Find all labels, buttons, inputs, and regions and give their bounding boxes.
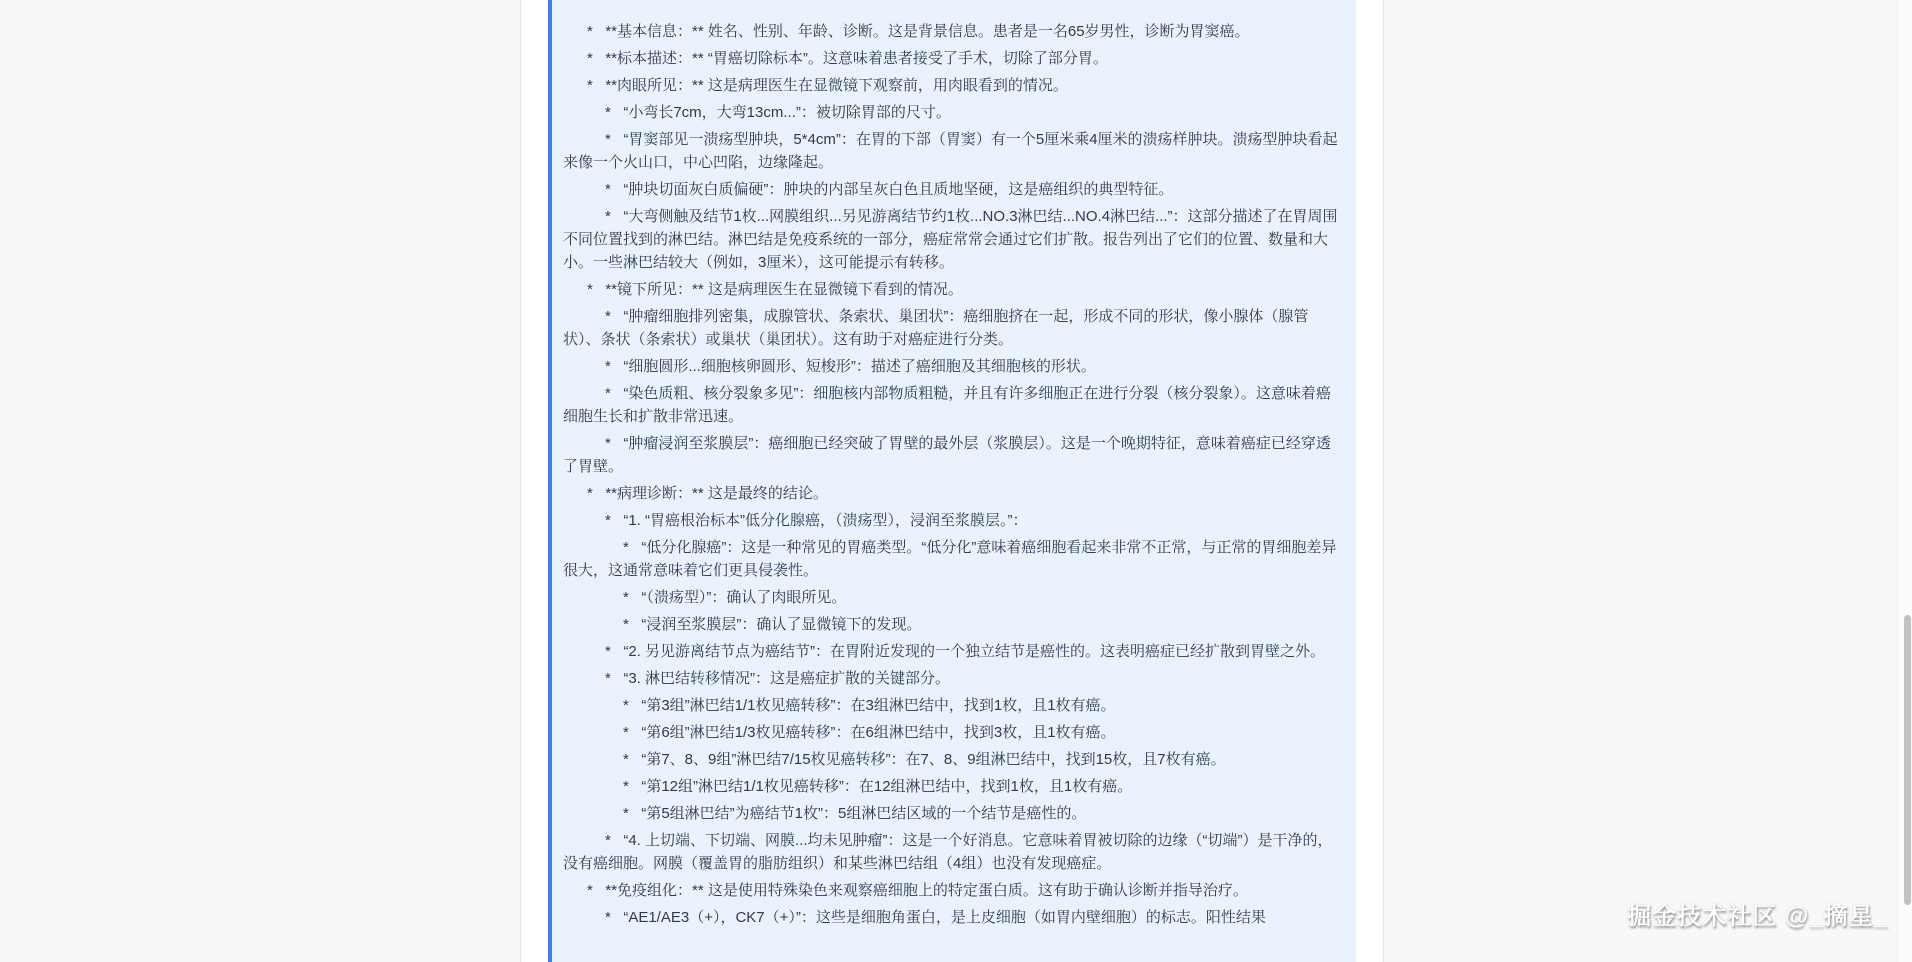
report-line: * “第3组”淋巴结1/1枚见癌转移”：在3组淋巴结中，找到1枚，且1枚有癌。 bbox=[563, 694, 1342, 717]
report-line: * “肿瘤浸润至浆膜层”：癌细胞已经突破了胃壁的最外层（浆膜层）。这是一个晚期特… bbox=[563, 432, 1342, 478]
watermark: 掘金技术社区 @_摘星_ bbox=[1627, 896, 1888, 931]
report-line: * “低分化腺癌”：这是一种常见的胃癌类型。“低分化”意味着癌细胞看起来非常不正… bbox=[563, 536, 1342, 582]
report-line: * **肉眼所见：** 这是病理医生在显微镜下观察前，用肉眼看到的情况。 bbox=[563, 74, 1342, 97]
report-explanation-list: * **基本信息：** 姓名、性别、年龄、诊断。这是背景信息。患者是一名65岁男… bbox=[563, 20, 1342, 929]
report-line: * “AE1/AE3（+），CK7（+）”：这些是细胞角蛋白，是上皮细胞（如胃内… bbox=[563, 906, 1342, 929]
report-line: * “第6组”淋巴结1/3枚见癌转移”：在6组淋巴结中，找到3枚，且1枚有癌。 bbox=[563, 721, 1342, 744]
report-line: * **镜下所见：** 这是病理医生在显微镜下看到的情况。 bbox=[563, 278, 1342, 301]
report-line: * “第7、8、9组”淋巴结7/15枚见癌转移”：在7、8、9组淋巴结中，找到1… bbox=[563, 748, 1342, 771]
article-content-column: * **基本信息：** 姓名、性别、年龄、诊断。这是背景信息。患者是一名65岁男… bbox=[521, 0, 1384, 962]
report-line: * “1. “胃癌根治标本”低分化腺癌，（溃疡型），浸润至浆膜层。”： bbox=[563, 509, 1342, 532]
right-margin-panel bbox=[1384, 0, 1898, 962]
report-line: * “肿瘤细胞排列密集，成腺管状、条索状、巢团状”：癌细胞挤在一起，形成不同的形… bbox=[563, 305, 1342, 351]
report-line: * **免疫组化：** 这是使用特殊染色来观察癌细胞上的特定蛋白质。这有助于确认… bbox=[563, 879, 1342, 902]
report-line: * “第12组”淋巴结1/1枚见癌转移”：在12组淋巴结中，找到1枚，且1枚有癌… bbox=[563, 775, 1342, 798]
report-line: * “染色质粗、核分裂象多见”：细胞核内部物质粗糙，并且有许多细胞正在进行分裂（… bbox=[563, 382, 1342, 428]
report-line: * “小弯长7cm，大弯13cm...”：被切除胃部的尺寸。 bbox=[563, 101, 1342, 124]
pathology-explanation-quote-block: * **基本信息：** 姓名、性别、年龄、诊断。这是背景信息。患者是一名65岁男… bbox=[548, 0, 1356, 962]
report-line: * “4. 上切端、下切端、网膜...均未见肿瘤”：这是一个好消息。它意味着胃被… bbox=[563, 829, 1342, 875]
report-line: * “胃窦部见一溃疡型肿块，5*4cm”：在胃的下部（胃窦）有一个5厘米乘4厘米… bbox=[563, 128, 1342, 174]
report-line: * “细胞圆形...细胞核卵圆形、短梭形”：描述了癌细胞及其细胞核的形状。 bbox=[563, 355, 1342, 378]
page-scrollbar-track[interactable] bbox=[1897, 0, 1912, 962]
report-line: * “肿块切面灰白质偏硬”：肿块的内部呈灰白色且质地坚硬，这是癌组织的典型特征。 bbox=[563, 178, 1342, 201]
report-line: * “3. 淋巴结转移情况”：这是癌症扩散的关键部分。 bbox=[563, 667, 1342, 690]
report-line: * “（溃疡型）”：确认了肉眼所见。 bbox=[563, 586, 1342, 609]
report-line: * “大弯侧触及结节1枚...网膜组织...另见游离结节约1枚...NO.3淋巴… bbox=[563, 205, 1342, 274]
report-line: * “2. 另见游离结节点为癌结节”：在胃附近发现的一个独立结节是癌性的。这表明… bbox=[563, 640, 1342, 663]
report-line: * **病理诊断：** 这是最终的结论。 bbox=[563, 482, 1342, 505]
report-line: * **标本描述：** “胃癌切除标本”。这意味着患者接受了手术，切除了部分胃。 bbox=[563, 47, 1342, 70]
report-line: * **基本信息：** 姓名、性别、年龄、诊断。这是背景信息。患者是一名65岁男… bbox=[563, 20, 1342, 43]
page-scrollbar-thumb[interactable] bbox=[1904, 615, 1911, 905]
report-line: * “第5组淋巴结”为癌结节1枚”：5组淋巴结区域的一个结节是癌性的。 bbox=[563, 802, 1342, 825]
article-page: * **基本信息：** 姓名、性别、年龄、诊断。这是背景信息。患者是一名65岁男… bbox=[0, 0, 1912, 962]
report-line: * “浸润至浆膜层”：确认了显微镜下的发现。 bbox=[563, 613, 1342, 636]
left-margin-panel bbox=[0, 0, 521, 962]
